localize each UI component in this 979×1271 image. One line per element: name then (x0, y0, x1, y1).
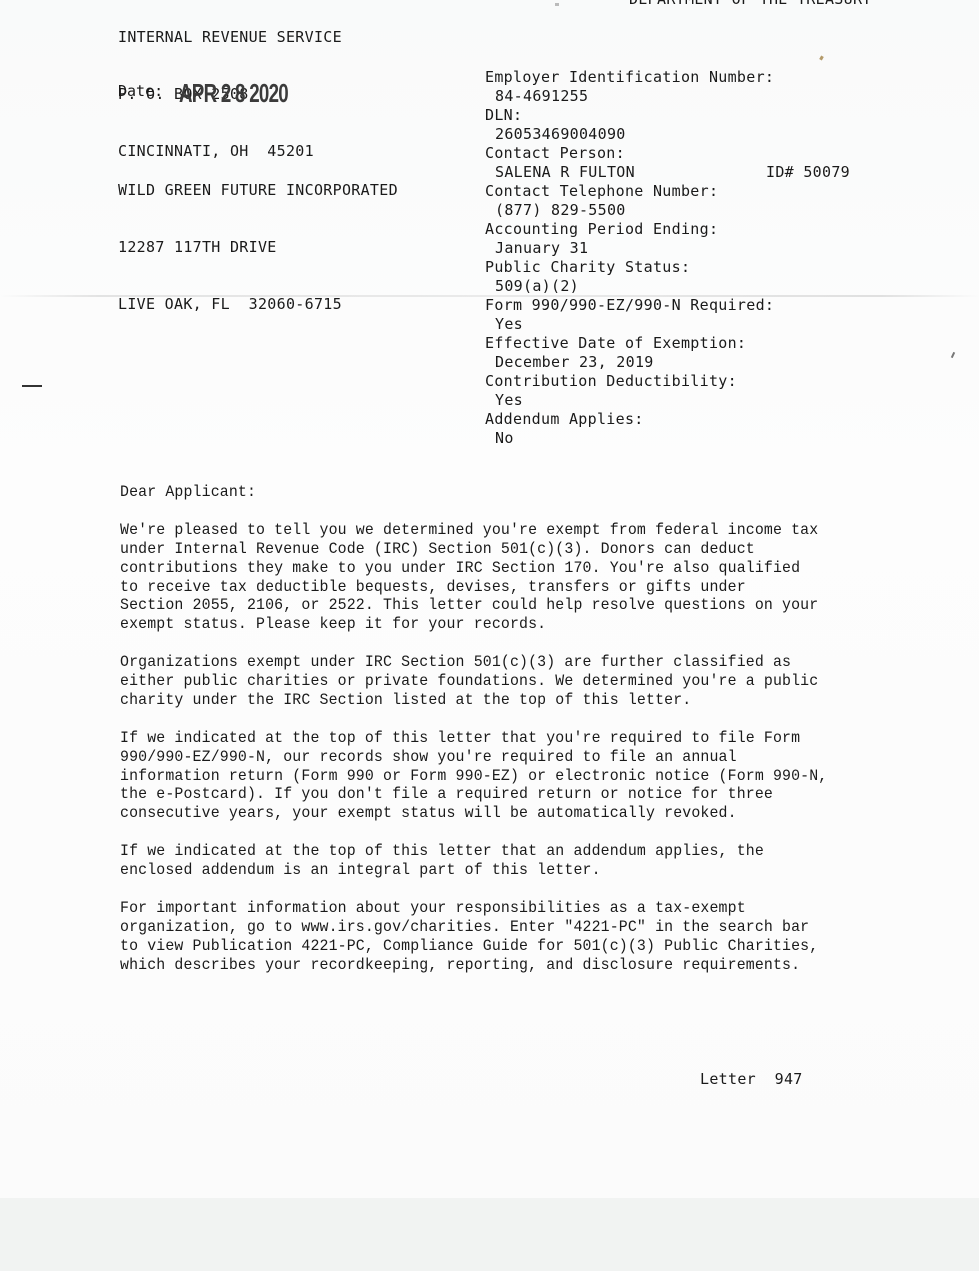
body-paragraph: If we indicated at the top of this lette… (120, 729, 845, 824)
period-label: Accounting Period Ending: (485, 220, 774, 239)
contact-id: ID# 50079 (766, 163, 850, 182)
body-paragraph: Organizations exempt under IRC Section 5… (120, 653, 845, 710)
form-required-label: Form 990/990-EZ/990-N Required: (485, 296, 774, 315)
dln-value: 26053469004090 (485, 125, 774, 144)
info-block: Employer Identification Number: 84-46912… (485, 68, 774, 448)
scanner-background (0, 1198, 979, 1271)
department-heading: DEPARTMENT OF THE TREASURY (629, 0, 872, 9)
contact-row: SALENA R FULTON ID# 50079 (485, 163, 774, 182)
date-label: Date: (118, 82, 163, 100)
date-stamp: APR 2 8 2020 (179, 78, 288, 109)
body-paragraph: If we indicated at the top of this lette… (120, 842, 845, 880)
letter-body: Dear Applicant: We're pleased to tell yo… (120, 483, 845, 993)
ein-value: 84-4691255 (485, 87, 774, 106)
deductibility-label: Contribution Deductibility: (485, 372, 774, 391)
salutation: Dear Applicant: (120, 483, 845, 502)
fold-mark (22, 385, 42, 387)
letter-number: Letter 947 (700, 1070, 803, 1088)
phone-label: Contact Telephone Number: (485, 182, 774, 201)
recipient-address: WILD GREEN FUTURE INCORPORATED 12287 117… (118, 143, 398, 333)
recipient-line: 12287 117TH DRIVE (118, 238, 398, 257)
body-paragraph: We're pleased to tell you we determined … (120, 521, 845, 634)
dln-label: DLN: (485, 106, 774, 125)
addendum-label: Addendum Applies: (485, 410, 774, 429)
ein-label: Employer Identification Number: (485, 68, 774, 87)
contact-label: Contact Person: (485, 144, 774, 163)
deductibility-value: Yes (485, 391, 774, 410)
addendum-value: No (485, 429, 774, 448)
charity-status-label: Public Charity Status: (485, 258, 774, 277)
form-required-value: Yes (485, 315, 774, 334)
body-paragraph: For important information about your res… (120, 899, 845, 975)
phone-value: (877) 829-5500 (485, 201, 774, 220)
effective-date-value: December 23, 2019 (485, 353, 774, 372)
period-value: January 31 (485, 239, 774, 258)
sender-line: INTERNAL REVENUE SERVICE (118, 28, 342, 47)
paper-speck (555, 3, 559, 6)
contact-value: SALENA R FULTON (485, 163, 774, 182)
charity-status-value: 509(a)(2) (485, 277, 774, 296)
effective-date-label: Effective Date of Exemption: (485, 334, 774, 353)
recipient-line: LIVE OAK, FL 32060-6715 (118, 295, 398, 314)
recipient-line: WILD GREEN FUTURE INCORPORATED (118, 181, 398, 200)
